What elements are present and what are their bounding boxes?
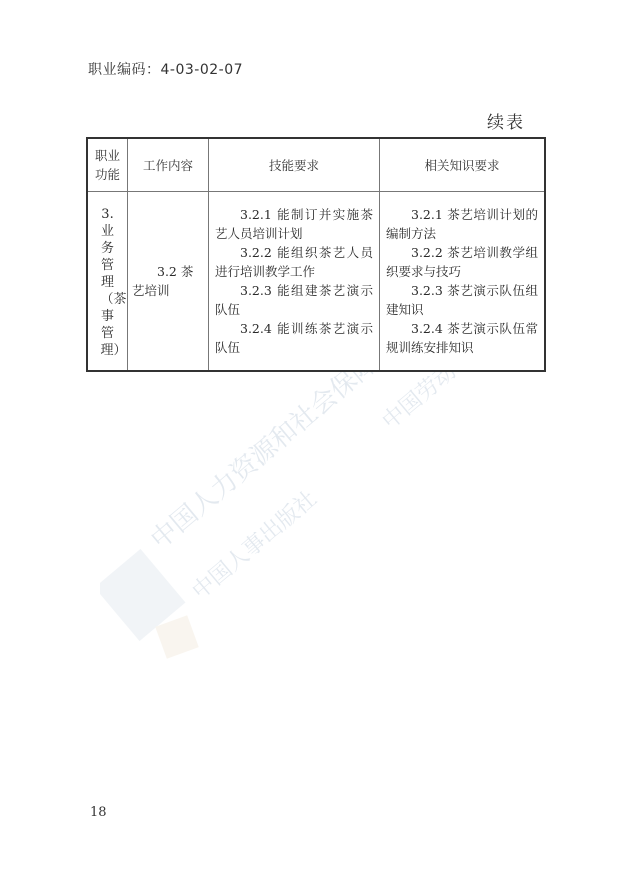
header-knowledge-requirements: 相关知识要求 [380,138,546,192]
svg-text:中国人力资源和社会保障出版集团: 中国人力资源和社会保障出版集团 [145,370,463,555]
svg-text:中国人事出版社: 中国人事出版社 [188,486,322,604]
table-row: 3. 业务管理（茶事管理） 3.2 茶艺培训 3.2.1 能制订并实施茶艺人员培… [87,192,545,372]
page-number: 18 [90,805,107,820]
skill-item: 3.2.4 能训练茶艺演示队伍 [215,319,373,357]
knowledge-requirements-cell: 3.2.1 茶艺培训计划的编制方法 3.2.2 茶艺培训教学组织要求与技巧 3.… [380,192,546,372]
work-content-cell: 3.2 茶艺培训 [128,192,209,372]
publisher-watermark: 中国人力资源和社会保障出版集团 中国人事出版社 中国劳动 [100,370,540,690]
skill-item: 3.2.3 能组建茶艺演示队伍 [215,281,373,319]
knowledge-item: 3.2.1 茶艺培训计划的编制方法 [386,205,538,243]
function-text: 业务管理（茶事管理） [101,223,115,359]
knowledge-item: 3.2.4 茶艺演示队伍常规训练安排知识 [386,319,538,357]
svg-text:中国劳动: 中国劳动 [378,370,461,435]
occupation-code: 职业编码：4-03-02-07 [88,59,243,79]
skill-item: 3.2.1 能制订并实施茶艺人员培训计划 [215,205,373,243]
skill-item: 3.2.2 能组织茶艺人员进行培训教学工作 [215,243,373,281]
header-text: 功能 [95,167,120,182]
continued-table-label: 续表 [487,108,525,133]
knowledge-item: 3.2.2 茶艺培训教学组织要求与技巧 [386,243,538,281]
table-header-row: 职业 功能 工作内容 技能要求 相关知识要求 [87,138,545,192]
header-text: 职业 [95,148,120,163]
knowledge-item: 3.2.3 茶艺演示队伍组建知识 [386,281,538,319]
header-occupational-function: 职业 功能 [87,138,128,192]
skill-requirements-cell: 3.2.1 能制订并实施茶艺人员培训计划 3.2.2 能组织茶艺人员进行培训教学… [209,192,380,372]
header-skill-requirements: 技能要求 [209,138,380,192]
function-prefix: 3. [101,206,115,223]
header-work-content: 工作内容 [128,138,209,192]
skills-table: 职业 功能 工作内容 技能要求 相关知识要求 3. 业务管理（茶事管理） 3.2… [86,137,546,372]
occupational-function-cell: 3. 业务管理（茶事管理） [87,192,128,372]
